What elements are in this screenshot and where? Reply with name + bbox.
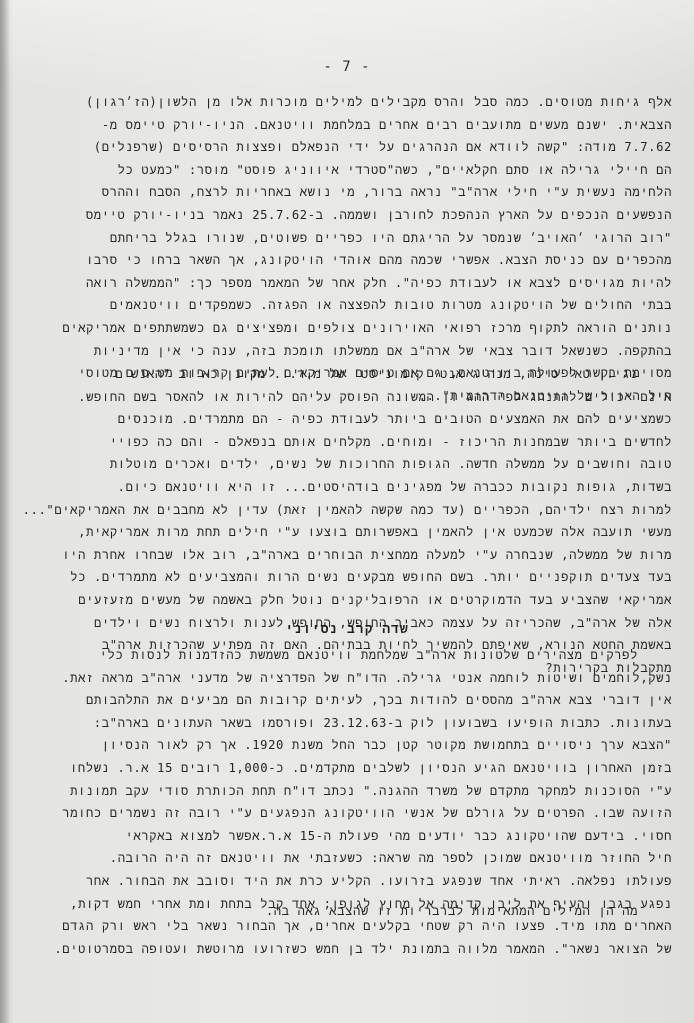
text-line: הנפשעים הנכפים על הארץ הנהפכת לחורבן ושמ… <box>72 204 672 227</box>
text-line: בעד צעדים תוקפניים יותר. בשם החופש מבקעי… <box>72 566 672 589</box>
text-line: הצבאית. ישנם מעשים מתועבים רבים אחרים במ… <box>72 114 672 137</box>
page-edge-shadow <box>0 0 10 1023</box>
text-line: נותנים הוראה לתקוף מרכז רפואי האוירונים … <box>72 317 672 340</box>
text-line: נשק,לוחמים ושיטות לוחמה אנטי גרילה. הדו"… <box>72 667 672 690</box>
text-line: אלף גיחות מטוסים. כמה סבל והרס מקבילים ל… <box>72 91 672 114</box>
text-line: בהתקפה. כשנשאל דובר צבאי של ארה"ב אם ממש… <box>72 340 672 363</box>
text-line: 7.7.62 מודה: "קשה לוודא אם הנהרגים על יד… <box>72 136 672 159</box>
text-line: אין דוברי צבא ארה"ב מהססים להודות בכך, ל… <box>72 689 672 712</box>
text-line: מה הן המילים המתאימות לברבריות זו שהצבא … <box>72 900 672 923</box>
text-line: למרות רצח ילדיהם, הכפריים (עד כמה שקשה ל… <box>72 499 672 522</box>
text-line: הזועה שבו. הפרטים על גורלם של אנשי הוויט… <box>72 802 672 825</box>
document-page: - 7 - אלף גיחות מטוסים. כמה סבל והרס מקב… <box>0 0 694 1023</box>
text-line: אמריקאי שהצביע בעד הדמוקרטים או הרפובליק… <box>72 589 672 612</box>
text-line: בשדות, גופות נקובות ככברה של מפגינים בוד… <box>72 476 672 499</box>
paragraph-closing-question: מה הן המילים המתאימות לברבריות זו שהצבא … <box>72 900 672 923</box>
text-line: בזמן האחרון בוויטנאם הגיע הנסיון לשלבים … <box>72 757 672 780</box>
section-heading: שדה קרב נסיוני <box>0 622 694 637</box>
text-line: "הצבא ערך ניסויים בתחמושת מקוטר קטן כבר … <box>72 734 672 757</box>
text-line: חיל החוזר מוויטנאם שמוכן לספר מה שראה: כ… <box>72 847 672 870</box>
text-line: ע"י הסוכנות למחקר מתקדם של משרד ההגנה." … <box>72 780 672 803</box>
text-line: לחדשים ביותר שבמחנות הריכוז - ומוחים. מק… <box>72 431 672 454</box>
text-line: הלחימה נעשית ע"י חילי ארה"ב" נראה ברור, … <box>72 181 672 204</box>
text-line: בבתי החולים של הויטקונג מטרות טובות להפצ… <box>72 294 672 317</box>
page-number: - 7 - <box>0 59 694 75</box>
text-line: של הצואר נשאר". המאמר מלווה בתמונת ילד ב… <box>72 938 672 961</box>
paragraph-napalm-casualties: אלף גיחות מטוסים. כמה סבל והרס מקבילים ל… <box>72 91 672 407</box>
text-line: מהכפרים עם כניסת הצבא. אפשרי שכמה מהם או… <box>72 249 672 272</box>
text-line: להיות מגויסים לצבא או לעבודת כפיה". חלק … <box>72 272 672 295</box>
text-line: כשמציעים להם את האמצעים הטובים ביותר לעב… <box>72 408 672 431</box>
text-line: מעשי תועבה אלה שכמעט אין להאמין באפשרותם… <box>72 521 672 544</box>
text-line: הם חיילי גרילה או סתם חקלאיים", כשה"סטרד… <box>72 159 672 182</box>
text-line: טובה וחושבים על ממשלה חדשה. הגופות החרוכ… <box>72 453 672 476</box>
text-line: חסוי. בידעם שהויטקונג כבר יודעים מהי פעו… <box>72 825 672 848</box>
text-line: לפרקים מצהירים שלטונות ארה"ב שמלחמת וויט… <box>72 644 672 667</box>
text-line: פעולתו נפלאה. ראיתי אחד שנפגע בזרועו. הק… <box>72 870 672 893</box>
text-line: "רוב הרוגי ׳האויב׳ שנמסר על הריגתם היו כ… <box>72 227 672 250</box>
text-line: מרות של ממשלה, שנבחרה ע"י למעלה ממחצית ה… <box>72 544 672 567</box>
text-line: נגיון טאי סינה, מנהיג אנטי קומוניסטי של … <box>72 363 672 386</box>
text-line: אינם יכולים להתנהג לפי ההגיון המשונה הפו… <box>72 386 672 409</box>
text-line: בעתונות. כתבות הופיעו בשבועון לוק ב-23.1… <box>72 712 672 735</box>
